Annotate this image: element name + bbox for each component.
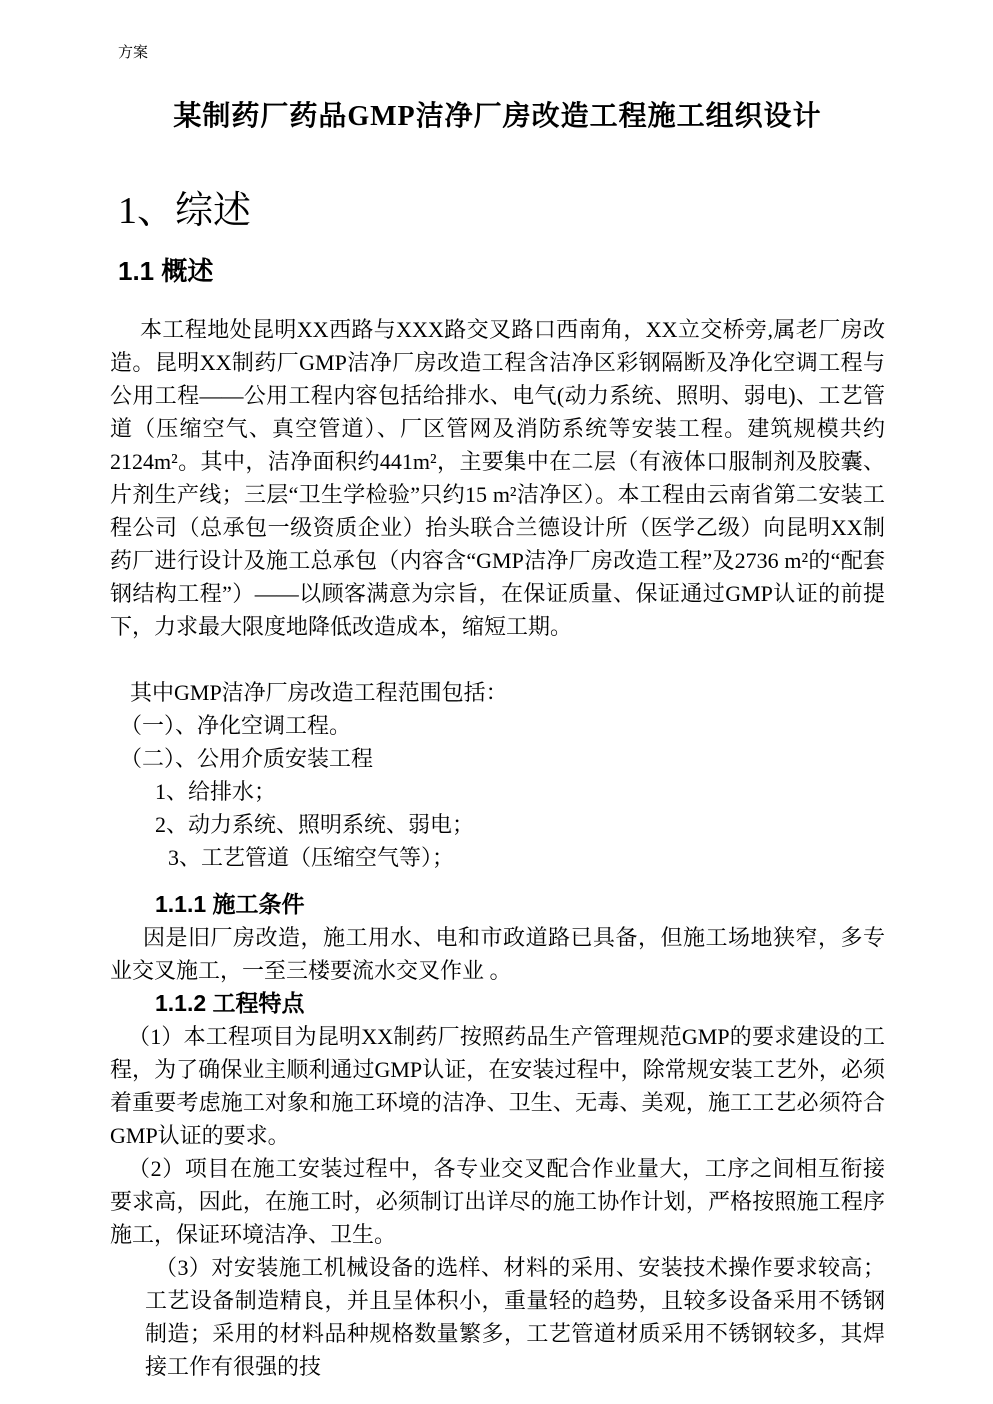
heading-construction-conditions: 1.1.1 施工条件 bbox=[110, 888, 885, 921]
scope-item-2: （二）、公用介质安装工程 bbox=[110, 742, 885, 775]
header-note: 方案 bbox=[118, 46, 885, 61]
scope-subitem-3: 3、工艺管道（压缩空气等）； bbox=[110, 841, 885, 874]
scope-intro-line: 其中GMP洁净厂房改造工程范围包括： bbox=[110, 676, 885, 709]
feature-paragraph-2: （2）项目在施工安装过程中，各专业交叉配合作业量大，工序之间相互衔接要求高，因此… bbox=[110, 1152, 885, 1251]
scope-subitem-2: 2、动力系统、照明系统、弱电； bbox=[110, 808, 885, 841]
document-page: 方案 某制药厂药品GMP洁净厂房改造工程施工组织设计 1、综述 1.1 概述 本… bbox=[0, 0, 993, 1404]
conditions-paragraph: 因是旧厂房改造，施工用水、电和市政道路已具备，但施工场地狭窄，多专业交叉施工，一… bbox=[110, 921, 885, 987]
subsection-heading-summary: 1.1 概述 bbox=[118, 255, 885, 287]
overview-paragraph: 本工程地处昆明XX西路与XXX路交叉路口西南角，XX立交桥旁,属老厂房改造。昆明… bbox=[110, 313, 885, 643]
scope-item-1: （一）、净化空调工程。 bbox=[110, 709, 885, 742]
heading-project-features: 1.1.2 工程特点 bbox=[110, 987, 885, 1020]
feature-paragraph-3: （3）对安装施工机械设备的选样、材料的采用、安装技术操作要求较高；工艺设备制造精… bbox=[145, 1251, 885, 1383]
feature-paragraph-1: （1）本工程项目为昆明XX制药厂按照药品生产管理规范GMP的要求建设的工程，为了… bbox=[110, 1020, 885, 1152]
scope-subitem-1: 1、给排水； bbox=[110, 775, 885, 808]
document-title: 某制药厂药品GMP洁净厂房改造工程施工组织设计 bbox=[110, 101, 885, 133]
section-heading-overview: 1、综述 bbox=[118, 187, 885, 235]
